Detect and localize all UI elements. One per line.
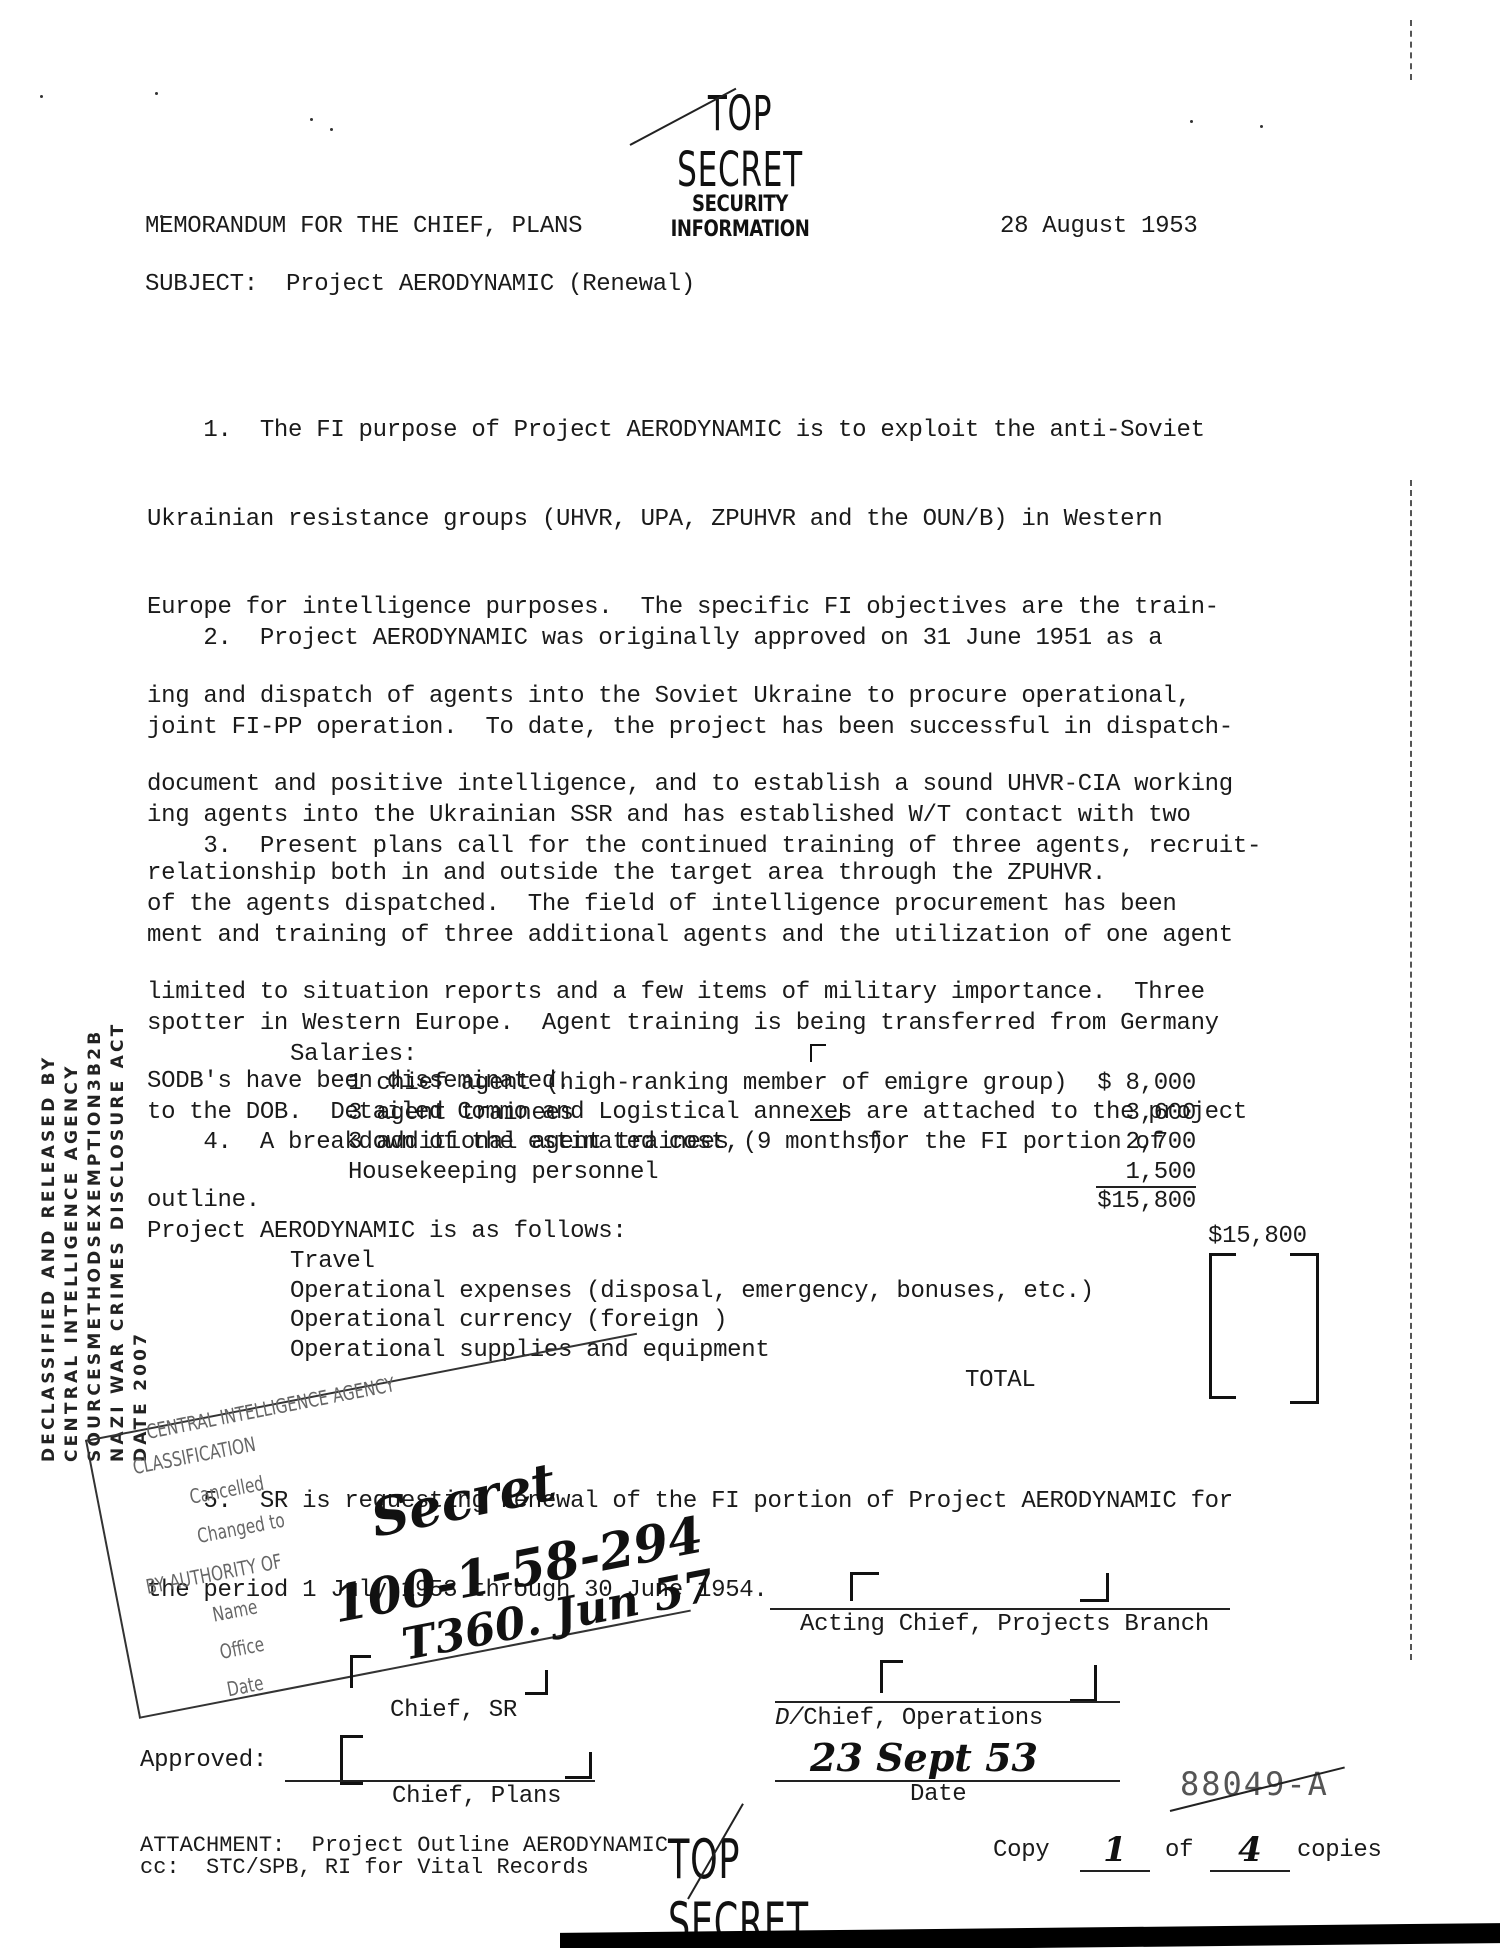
p4-line: Project AERODYNAMIC is as follows:	[147, 1217, 1277, 1247]
stamp-name: Name	[210, 1594, 259, 1626]
budget-item: Operational currency (foreign )	[290, 1306, 727, 1336]
stamp-cancelled: Cancelled	[188, 1471, 266, 1509]
salary-item: 1 chief agent (high-ranking member of em…	[348, 1069, 1067, 1099]
salary-amount: 3,600	[1000, 1099, 1196, 1129]
declass-line: NAZI WAR CRIMES DISCLOSURE ACT	[107, 1022, 130, 1462]
top-classification-stamp: TOP SECRET SECURITY INFORMATION	[620, 86, 860, 242]
subject-text: Project AERODYNAMIC (Renewal)	[286, 271, 695, 298]
declass-line: CENTRAL INTELLIGENCE AGENCY	[61, 1022, 84, 1462]
scan-speck	[1190, 120, 1193, 123]
declassification-stamp: DECLASSIFIED AND RELEASED BYCENTRAL INTE…	[38, 1022, 153, 1462]
stamp-office: Office	[218, 1632, 266, 1664]
attachment-line: ATTACHMENT: Project Outline AERODYNAMIC	[140, 1835, 668, 1857]
document-number: 88049-A	[1180, 1765, 1329, 1803]
salaries-label: Salaries:	[290, 1040, 417, 1070]
salary-amount: $ 8,000	[1000, 1069, 1196, 1099]
memo-date: 28 August 1953	[1000, 212, 1197, 242]
p1-line: Ukrainian resistance groups (UHVR, UPA, …	[147, 505, 1277, 535]
scan-edge-line	[1410, 20, 1412, 80]
stamp-changed-to: Changed to	[195, 1508, 286, 1548]
scan-speck	[310, 118, 313, 121]
stamp-by-authority: BY AUTHORITY OF	[144, 1549, 284, 1599]
subject-label: SUBJECT:	[145, 271, 258, 298]
copies-label: copies	[1297, 1836, 1382, 1866]
scan-speck	[330, 128, 333, 131]
memo-to: MEMORANDUM FOR THE CHIEF, PLANS	[145, 212, 582, 242]
salary-amount: 2,700	[1000, 1128, 1196, 1158]
chief-plans-title: Chief, Plans	[392, 1782, 561, 1812]
scan-speck	[155, 92, 158, 95]
salary-subtotal: $15,800	[1000, 1187, 1196, 1217]
scan-edge-line	[1410, 480, 1412, 1660]
declass-line: SOURCESMETHODSEXEMPTION3B2B	[84, 1022, 107, 1462]
p1-line: 1. The FI purpose of Project AERODYNAMIC…	[147, 416, 1277, 446]
p3-line: 3. Present plans call for the continued …	[147, 832, 1277, 862]
budget-item: Operational expenses (disposal, emergenc…	[290, 1277, 1094, 1307]
total-label: TOTAL	[965, 1366, 1036, 1396]
declass-line: DATE 2007	[130, 1022, 153, 1462]
classification-struck: TOP SECRET	[654, 86, 827, 198]
date-label: Date	[910, 1780, 966, 1810]
declass-line: DECLASSIFIED AND RELEASED BY	[38, 1022, 61, 1462]
copy-label: Copy	[993, 1836, 1049, 1866]
p2-line: joint FI-PP operation. To date, the proj…	[147, 713, 1277, 743]
handwritten-date: 23 Sept 53	[810, 1735, 1038, 1780]
scan-speck	[160, 215, 163, 218]
approved-label: Approved:	[140, 1746, 267, 1776]
cc-line: cc: STC/SPB, RI for Vital Records	[140, 1857, 589, 1879]
of-label: of	[1165, 1836, 1193, 1866]
p2-line: 2. Project AERODYNAMIC was originally ap…	[147, 624, 1277, 654]
salary-item: Housekeeping personnel	[348, 1158, 658, 1188]
stamp-agency: CENTRAL INTELLIGENCE AGENCY	[144, 1372, 396, 1444]
chief-ops-label: Chief, Operations	[803, 1705, 1043, 1732]
scan-speck	[40, 95, 43, 98]
salary-carried: $15,800	[1208, 1222, 1307, 1252]
chief-ops-title: D/Chief, Operations	[775, 1704, 1043, 1734]
chief-sr-title: Chief, SR	[390, 1696, 517, 1726]
security-information: SECURITY INFORMATION	[642, 192, 839, 242]
scan-speck	[1260, 125, 1263, 128]
stamp-date: Date	[225, 1671, 265, 1702]
salary-item: 3 additional agent trainees (9 months)	[348, 1128, 884, 1158]
salary-amount: 1,500	[1000, 1158, 1196, 1188]
budget-item: Travel	[290, 1247, 375, 1277]
acting-chief-title: Acting Chief, Projects Branch	[800, 1610, 1209, 1640]
chief-ops-prefix: D/	[775, 1705, 803, 1732]
copy-number: 1	[1080, 1830, 1150, 1872]
salary-item: 3 agent trainees	[348, 1099, 574, 1129]
subject-line: SUBJECT: Project AERODYNAMIC (Renewal)	[145, 270, 695, 300]
p3-line: ment and training of three additional ag…	[147, 921, 1277, 951]
copy-total: 4	[1210, 1830, 1290, 1872]
